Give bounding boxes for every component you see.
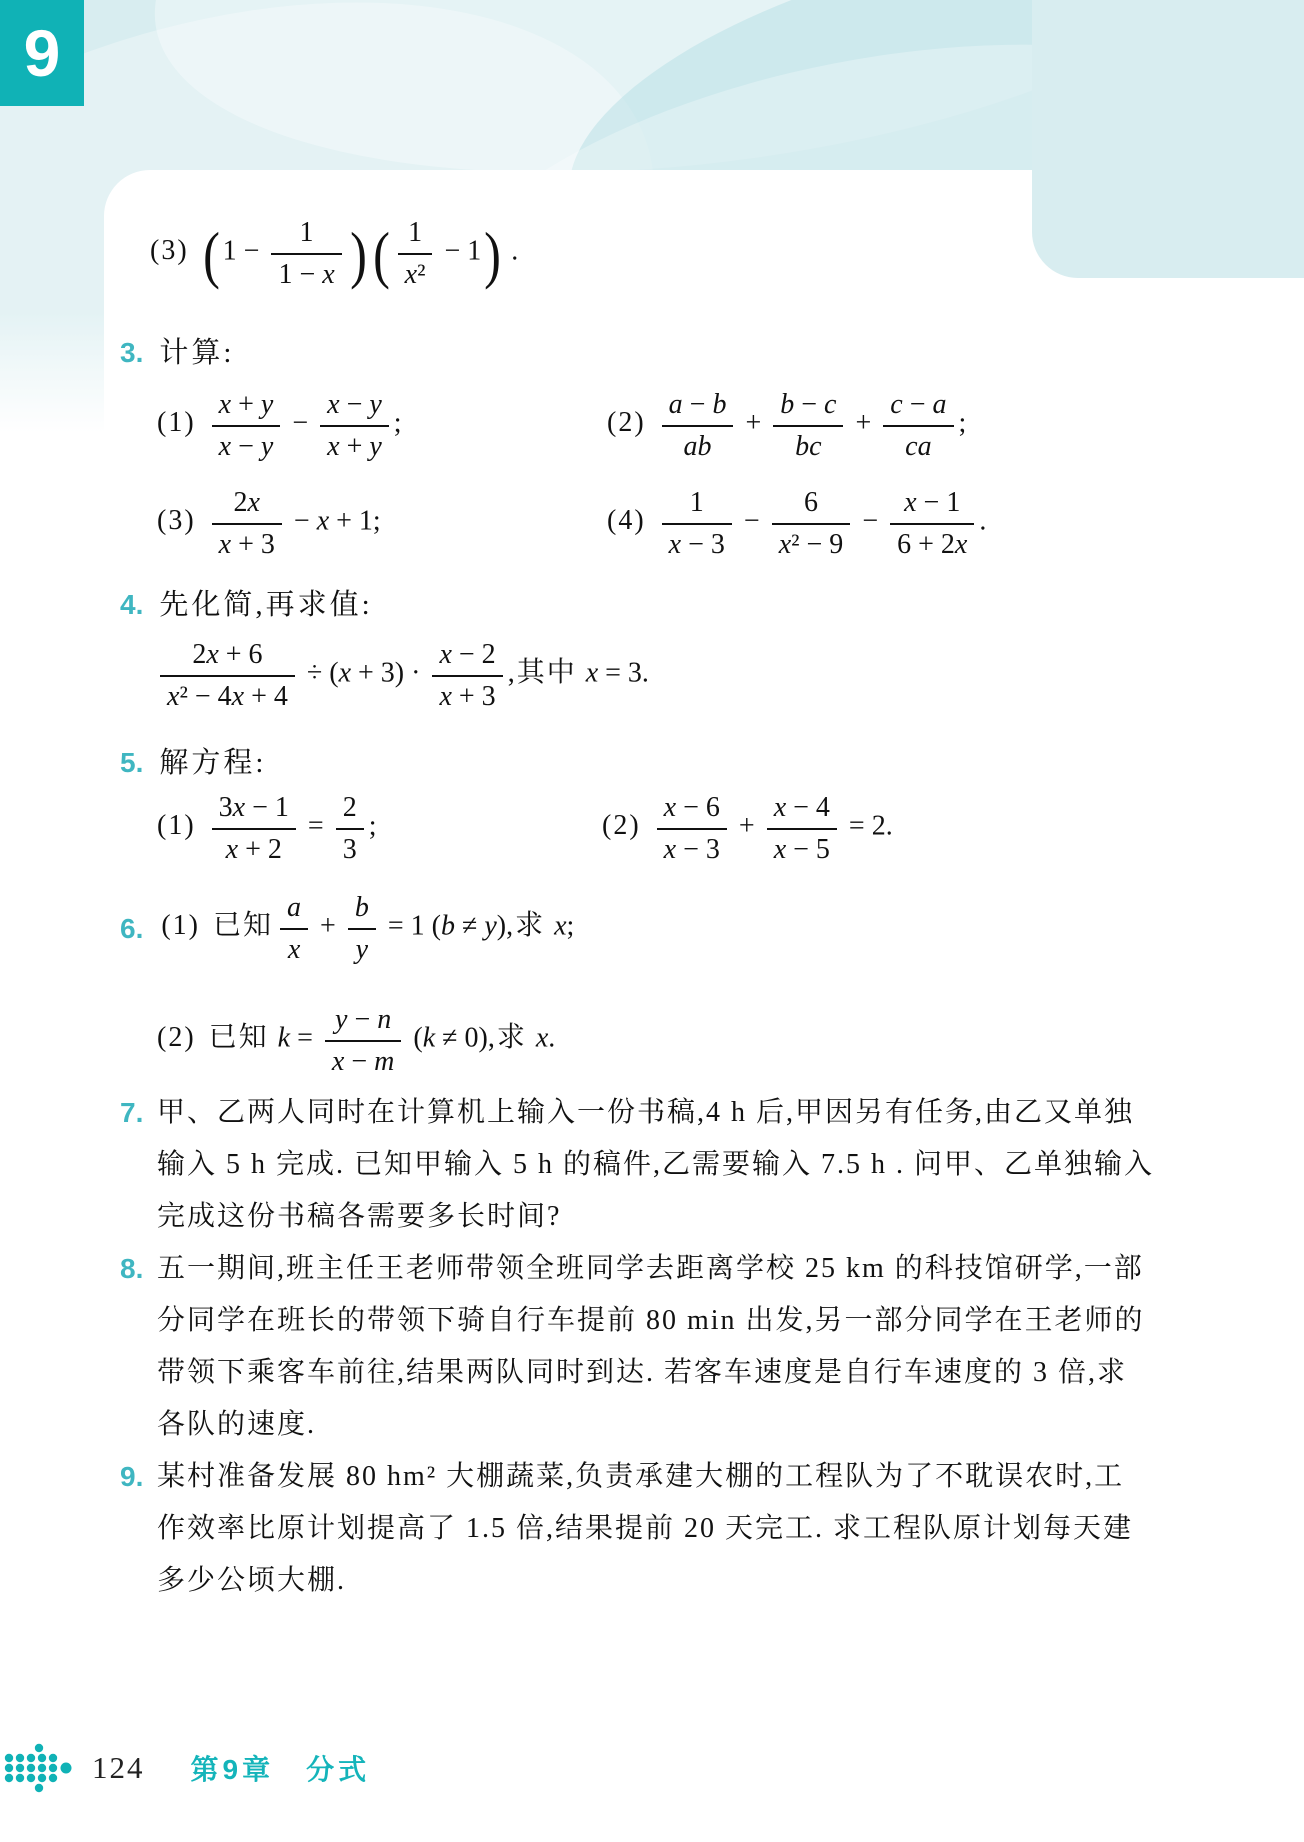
problem2-item3-formula: (3) (1 − 11 − x)(1x² − 1) . [148, 215, 518, 291]
problem3-item3-formula: (3) 2xx + 3 − x + 1; [155, 485, 381, 561]
problem3-number: 3. [120, 337, 143, 368]
problem7: 7. 甲、乙两人同时在计算机上输入一份书稿,4 h 后,甲因另有任务,由乙又单独… [120, 1087, 1160, 1243]
page-content: (3) (1 − 11 − x)(1x² − 1) . 3.计算: (1) x … [0, 0, 1304, 1842]
problem3-item2-formula: (2) a − bab + b − cbc + c − aca; [605, 387, 966, 463]
problem8-number: 8. [120, 1243, 157, 1451]
problem-text-line: 甲、乙两人同时在计算机上输入一份书稿,4 h 后,甲因另有任务,由乙又单独 [157, 1087, 1160, 1139]
problem5-number: 5. [120, 747, 143, 778]
problem-text-line: 各队的速度. [157, 1399, 1160, 1451]
problem-text-line: 输入 5 h 完成. 已知甲输入 5 h 的稿件,乙需要输入 7.5 h . 问… [157, 1139, 1160, 1191]
page-footer: 124 第9章 分式 [4, 1742, 370, 1794]
problem3-item1-formula: (1) x + yx − y − x − yx + y; [155, 387, 402, 463]
footer-dots-decoration [4, 1742, 74, 1794]
problem6-line1: 6. (1) 已知ax + by = 1 (b ≠ y),求 x; [120, 890, 574, 966]
problem6-item1-formula: (1) 已知ax + by = 1 (b ≠ y),求 x; [159, 890, 574, 966]
problem-text-line: 某村准备发展 80 hm² 大棚蔬菜,负责承建大棚的工程队为了不耽误农时,工 [157, 1451, 1160, 1503]
problem7-text: 甲、乙两人同时在计算机上输入一份书稿,4 h 后,甲因另有任务,由乙又单独 输入… [157, 1087, 1160, 1243]
problem9-number: 9. [120, 1451, 157, 1607]
problem8: 8. 五一期间,班主任王老师带领全班同学去距离学校 25 km 的科技馆研学,一… [120, 1243, 1160, 1451]
problem8-text: 五一期间,班主任王老师带领全班同学去距离学校 25 km 的科技馆研学,一部 分… [157, 1243, 1160, 1451]
problem9: 9. 某村准备发展 80 hm² 大棚蔬菜,负责承建大棚的工程队为了不耽误农时,… [120, 1451, 1160, 1607]
problem-text-line: 完成这份书稿各需要多长时间? [157, 1191, 1160, 1243]
problem-text-line: 带领下乘客车前往,结果两队同时到达. 若客车速度是自行车速度的 3 倍,求 [157, 1347, 1160, 1399]
problem3-title: 计算: [159, 337, 234, 369]
problem-text-line: 多少公顷大棚. [157, 1555, 1160, 1607]
chapter-label: 第9章 分式 [191, 1748, 371, 1788]
problem5-title: 解方程: [159, 747, 266, 779]
chapter-badge: 9 [0, 0, 84, 106]
chapter-badge-number: 9 [24, 15, 61, 91]
problem6-item2-formula: (2) 已知 k = y − nx − m (k ≠ 0),求 x. [155, 1002, 555, 1078]
problem4-heading: 4.先化简,再求值: [120, 582, 373, 623]
problem6-number: 6. [120, 913, 143, 945]
page-number: 124 [92, 1750, 145, 1786]
problem5-item2-formula: (2) x − 6x − 3 + x − 4x − 5 = 2. [600, 790, 893, 866]
problem5-item1-formula: (1) 3x − 1x + 2 = 23; [155, 790, 376, 866]
problem3-item4-formula: (4) 1x − 3 − 6x² − 9 − x − 16 + 2x. [605, 485, 986, 561]
problem-text-line: 作效率比原计划提高了 1.5 倍,结果提前 20 天完工. 求工程队原计划每天建 [157, 1503, 1160, 1555]
problem4-title: 先化简,再求值: [159, 589, 372, 621]
problem3-heading: 3.计算: [120, 330, 234, 371]
problem4-number: 4. [120, 589, 143, 620]
problem5-heading: 5.解方程: [120, 740, 266, 781]
problem4-formula: 2x + 6x² − 4x + 4 ÷ (x + 3) · x − 2x + 3… [155, 637, 649, 713]
problem7-number: 7. [120, 1087, 157, 1243]
problem-text-line: 五一期间,班主任王老师带领全班同学去距离学校 25 km 的科技馆研学,一部 [157, 1243, 1160, 1295]
problem9-text: 某村准备发展 80 hm² 大棚蔬菜,负责承建大棚的工程队为了不耽误农时,工 作… [157, 1451, 1160, 1607]
problem-text-line: 分同学在班长的带领下骑自行车提前 80 min 出发,另一部分同学在王老师的 [157, 1295, 1160, 1347]
